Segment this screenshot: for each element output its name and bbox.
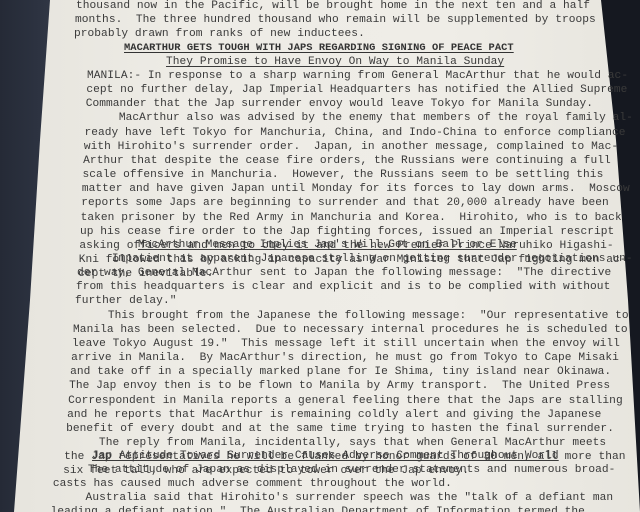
- document-text: thousand now in the Pacific, will be bro…: [0, 0, 640, 512]
- body-line: cept no further delay, Jap Imperial Head…: [86, 83, 627, 97]
- body-line: Commander that the Jap surrender envoy w…: [86, 97, 593, 111]
- body-line: scale offensive in Manchuria. However, t…: [83, 168, 604, 182]
- body-line: The attitude of Japan as displayed in su…: [54, 463, 615, 477]
- intro-line: thousand now in the Pacific, will be bro…: [76, 0, 590, 13]
- body-line: The Jap envoy then is to be flown to Man…: [69, 379, 610, 393]
- body-line: leading a defiant nation." The Australia…: [51, 505, 585, 512]
- body-line: matter and have given Japan until Monday…: [82, 182, 630, 196]
- intro-line: probably drawn from ranks of new inducte…: [74, 27, 365, 41]
- body-line: up his cease fire order to the Jap fight…: [80, 225, 614, 239]
- headline: MACARTHUR GETS TOUGH WITH JAPS REGARDING…: [124, 41, 514, 55]
- body-line: with Hirohito's surrender order. Japan, …: [84, 140, 618, 154]
- body-line: Australia said that Hirohito's surrender…: [52, 491, 613, 505]
- body-line: from this headquarters is clear and expl…: [76, 280, 610, 294]
- body-line: Arthur that despite the cease fire order…: [83, 154, 611, 168]
- body-line: arrive in Manila. By MacArthur's directi…: [71, 351, 619, 365]
- subheadline: Jap Attitude Toward Surrender Causes Adv…: [92, 449, 559, 463]
- body-line: The reply from Manila, incidentally, say…: [65, 436, 606, 450]
- body-line: Correspondent in Manila reports a genera…: [68, 394, 623, 408]
- body-line: benefit of every doubt and at the same t…: [66, 422, 614, 436]
- body-line: This brought from the Japanese the follo…: [74, 309, 629, 323]
- body-line: reports some Japs are beginning to surre…: [81, 196, 609, 210]
- body-line: MANILA:- In response to a sharp warning …: [87, 69, 628, 83]
- body-line: MacArthur also was advised by the enemy …: [85, 111, 633, 125]
- intro-line: months. The three hundred thousand who r…: [75, 13, 596, 27]
- body-line: and he reports that MacArthur is remaini…: [67, 408, 601, 422]
- body-line: further delay.": [75, 294, 176, 308]
- body-line: and take off in a specially marked plane…: [70, 365, 611, 379]
- body-line: der way, General MacArthur sent to Japan…: [77, 266, 611, 280]
- body-line: taken prisoner by the Red Army in Manchu…: [81, 211, 622, 225]
- body-line: leave Tokyo August 19." This message lef…: [72, 337, 620, 351]
- subheadline: They Promise to Have Envoy On Way to Man…: [166, 55, 504, 69]
- body-line: ready have left Tokyo for Manchuria, Chi…: [84, 126, 625, 140]
- body-line: casts has caused much adverse comment th…: [53, 477, 452, 491]
- subheadline: MacArthur Message Implies Jap's Will Get…: [138, 238, 517, 252]
- body-line: Impatient at apparent Japanese stalling …: [78, 252, 633, 266]
- body-line: Manila has been selected. Due to necessa…: [73, 323, 628, 337]
